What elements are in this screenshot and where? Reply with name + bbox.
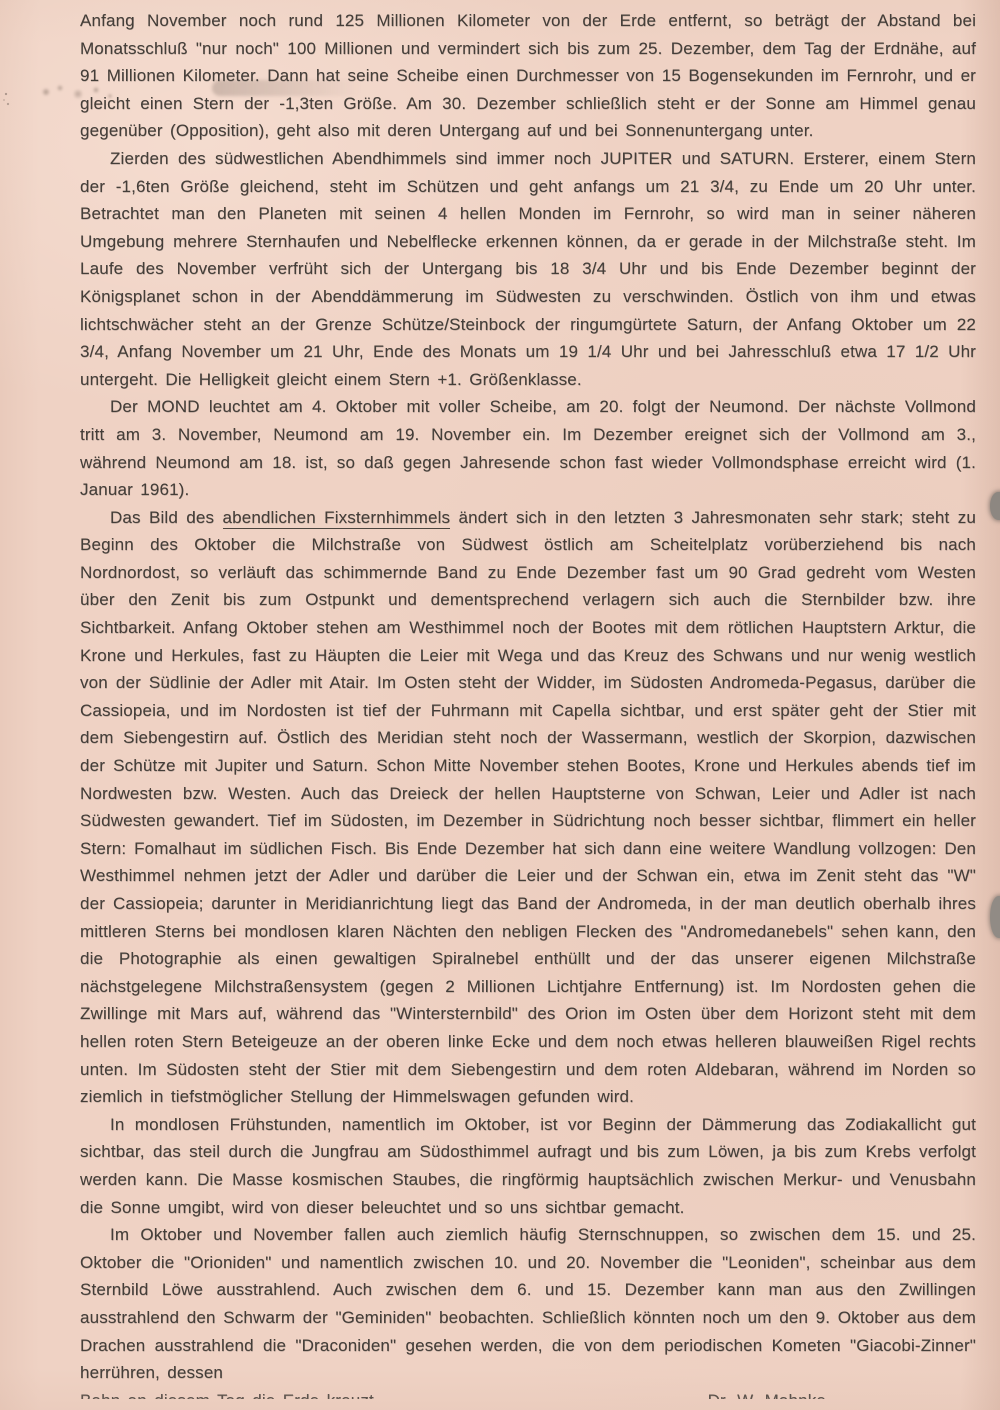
paragraph-moon-phases: Der MOND leuchtet am 4. Oktober mit voll… (80, 393, 976, 503)
author-signature: Dr. W. Mahnke (708, 1387, 826, 1399)
paragraph-fixed-stars-pre: Das Bild des (110, 508, 223, 527)
paragraph-fixed-stars: Das Bild des abendlichen Fixsternhimmels… (80, 504, 976, 1111)
paragraph-meteor-showers: Im Oktober und November fallen auch ziem… (80, 1221, 976, 1387)
margin-ink-speckle (2, 90, 12, 110)
paragraph-jupiter-saturn: Zierden des südwestlichen Abendhimmels s… (80, 145, 976, 393)
clipped-bottom-line-text: Bahn an diesem Tag die Erde kreuzt. (80, 1387, 379, 1399)
typewritten-text-block: Anfang November noch rund 125 Millionen … (80, 7, 976, 1399)
paragraph-mars-distance: Anfang November noch rund 125 Millionen … (80, 7, 976, 145)
clipped-bottom-line: Bahn an diesem Tag die Erde kreuzt. Dr. … (80, 1387, 976, 1399)
underlined-phrase: abendlichen Fixsternhimmels (223, 508, 451, 529)
right-edge-scan-blob (990, 492, 1000, 520)
paragraph-zodiacal-light: In mondlosen Frühstunden, namentlich im … (80, 1111, 976, 1221)
paragraph-fixed-stars-post: ändert sich in den letzten 3 Jahresmonat… (80, 508, 976, 1106)
right-edge-scan-blob (990, 896, 1000, 938)
document-page: Anfang November noch rund 125 Millionen … (0, 0, 1000, 1410)
